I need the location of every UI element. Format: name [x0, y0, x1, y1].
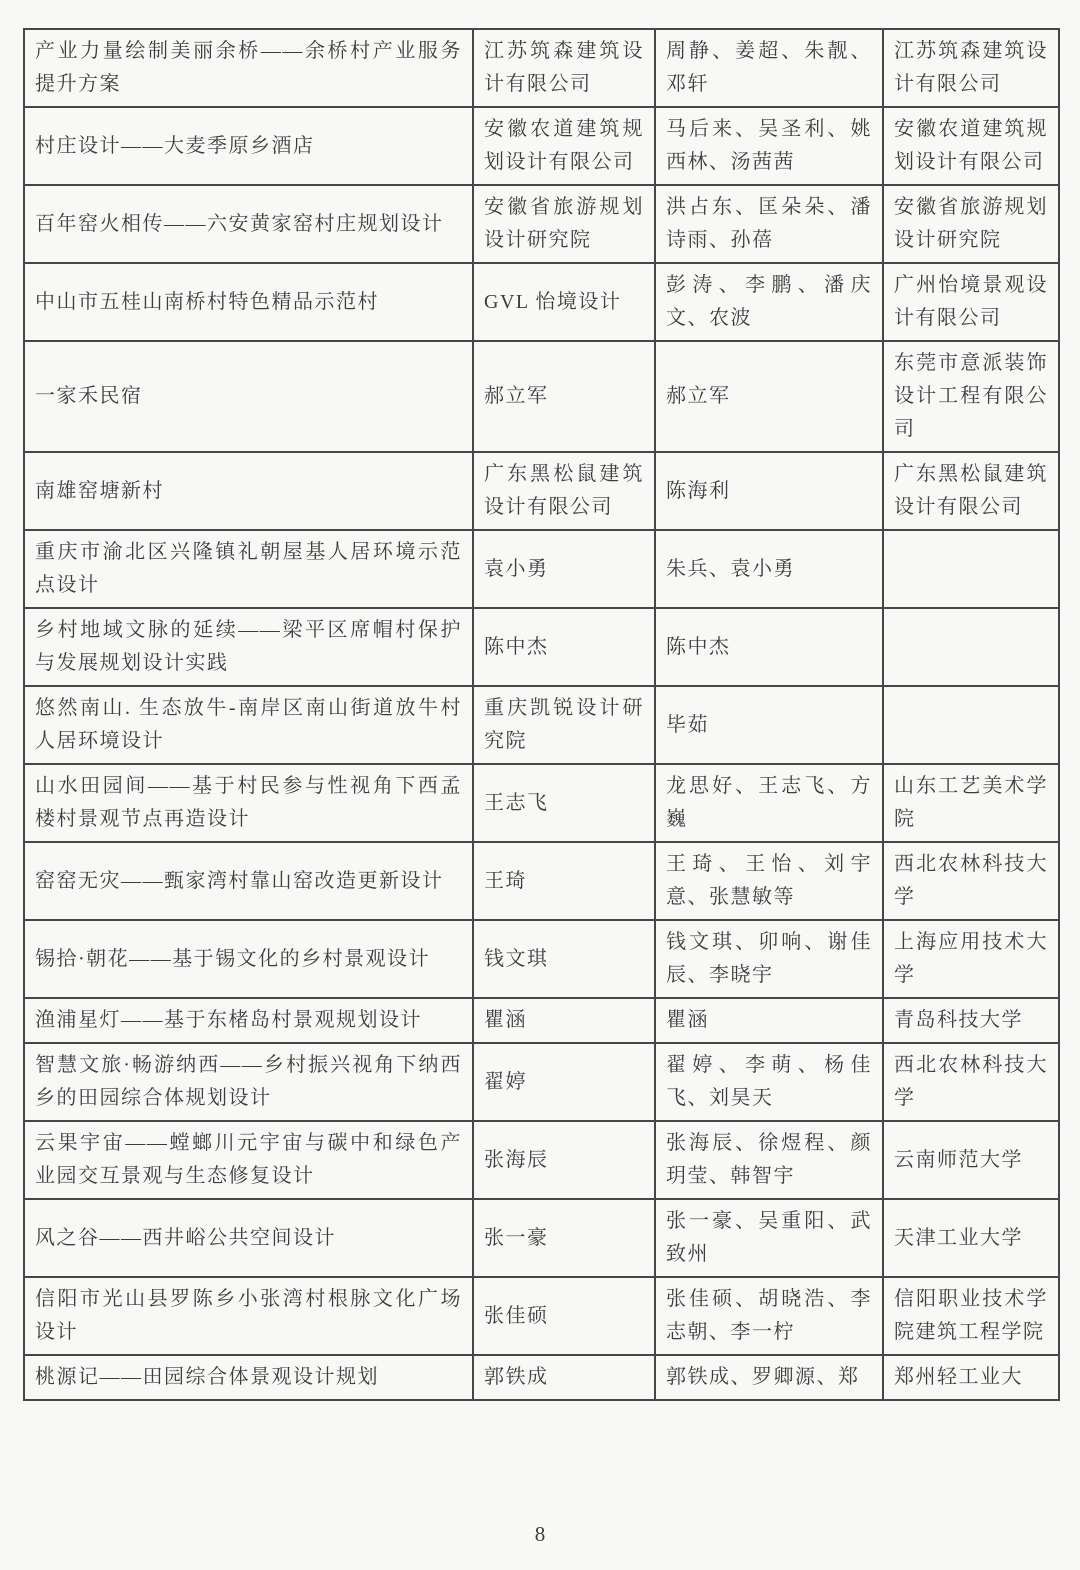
- cell-designer-company: 翟婷: [473, 1043, 655, 1121]
- cell-designer-company: 瞿涵: [473, 998, 655, 1043]
- cell-team-members: 陈中杰: [655, 608, 883, 686]
- cell-institution: 广州怡境景观设计有限公司: [883, 263, 1059, 341]
- cell-designer-company: 郝立军: [473, 341, 655, 452]
- cell-institution: [883, 686, 1059, 764]
- cell-project-title: 窑窑无灾——甄家湾村靠山窑改造更新设计: [24, 842, 473, 920]
- cell-team-members: 张一豪、吴重阳、武致州: [655, 1199, 883, 1277]
- cell-project-title: 锡拾·朝花——基于锡文化的乡村景观设计: [24, 920, 473, 998]
- cell-team-members: 龙思好、王志飞、方巍: [655, 764, 883, 842]
- page-number: 8: [0, 1522, 1080, 1547]
- cell-project-title: 智慧文旅·畅游纳西——乡村振兴视角下纳西乡的田园综合体规划设计: [24, 1043, 473, 1121]
- table-row: 智慧文旅·畅游纳西——乡村振兴视角下纳西乡的田园综合体规划设计 翟婷 翟婷、李萌…: [24, 1043, 1059, 1121]
- cell-designer-company: 王志飞: [473, 764, 655, 842]
- cell-designer-company: 广东黑松鼠建筑设计有限公司: [473, 452, 655, 530]
- cell-institution: [883, 530, 1059, 608]
- cell-designer-company: 郭铁成: [473, 1355, 655, 1400]
- cell-designer-company: 钱文琪: [473, 920, 655, 998]
- cell-project-title: 悠然南山. 生态放牛-南岸区南山街道放牛村人居环境设计: [24, 686, 473, 764]
- cell-institution: 西北农林科技大学: [883, 842, 1059, 920]
- cell-team-members: 张佳硕、胡晓浩、李志朝、李一柠: [655, 1277, 883, 1355]
- table-row: 百年窑火相传——六安黄家窑村庄规划设计 安徽省旅游规划设计研究院 洪占东、匡朵朵…: [24, 185, 1059, 263]
- cell-team-members: 朱兵、袁小勇: [655, 530, 883, 608]
- cell-institution: 天津工业大学: [883, 1199, 1059, 1277]
- cell-designer-company: 陈中杰: [473, 608, 655, 686]
- cell-project-title: 渔浦星灯——基于东楮岛村景观规划设计: [24, 998, 473, 1043]
- cell-team-members: 王琦、王怡、刘宇意、张慧敏等: [655, 842, 883, 920]
- cell-team-members: 张海辰、徐煜程、颜玥莹、韩智宇: [655, 1121, 883, 1199]
- cell-project-title: 一家禾民宿: [24, 341, 473, 452]
- cell-project-title: 风之谷——西井峪公共空间设计: [24, 1199, 473, 1277]
- cell-designer-company: 重庆凯锐设计研究院: [473, 686, 655, 764]
- cell-team-members: 陈海利: [655, 452, 883, 530]
- cell-project-title: 百年窑火相传——六安黄家窑村庄规划设计: [24, 185, 473, 263]
- cell-project-title: 村庄设计——大麦季原乡酒店: [24, 107, 473, 185]
- cell-team-members: 瞿涵: [655, 998, 883, 1043]
- cell-designer-company: 王琦: [473, 842, 655, 920]
- table-row: 乡村地域文脉的延续——梁平区席帽村保护与发展规划设计实践 陈中杰 陈中杰: [24, 608, 1059, 686]
- cell-project-title: 桃源记——田园综合体景观设计规划: [24, 1355, 473, 1400]
- table-row: 信阳市光山县罗陈乡小张湾村根脉文化广场设计 张佳硕 张佳硕、胡晓浩、李志朝、李一…: [24, 1277, 1059, 1355]
- table-row: 中山市五桂山南桥村特色精品示范村 GVL 怡境设计 彭涛、李鹏、潘庆文、农波 广…: [24, 263, 1059, 341]
- cell-designer-company: 袁小勇: [473, 530, 655, 608]
- table-row: 村庄设计——大麦季原乡酒店 安徽农道建筑规划设计有限公司 马后来、吴圣利、姚西林…: [24, 107, 1059, 185]
- cell-institution: 郑州轻工业大: [883, 1355, 1059, 1400]
- cell-team-members: 钱文琪、卯响、谢佳辰、李晓宇: [655, 920, 883, 998]
- table-row: 窑窑无灾——甄家湾村靠山窑改造更新设计 王琦 王琦、王怡、刘宇意、张慧敏等 西北…: [24, 842, 1059, 920]
- cell-institution: 安徽省旅游规划设计研究院: [883, 185, 1059, 263]
- cell-designer-company: GVL 怡境设计: [473, 263, 655, 341]
- table-row: 桃源记——田园综合体景观设计规划 郭铁成 郭铁成、罗卿源、郑 郑州轻工业大: [24, 1355, 1059, 1400]
- cell-institution: 安徽农道建筑规划设计有限公司: [883, 107, 1059, 185]
- award-table: 产业力量绘制美丽余桥——余桥村产业服务提升方案 江苏筑森建筑设计有限公司 周静、…: [23, 28, 1060, 1401]
- cell-institution: [883, 608, 1059, 686]
- cell-institution: 山东工艺美术学院: [883, 764, 1059, 842]
- cell-institution: 青岛科技大学: [883, 998, 1059, 1043]
- cell-project-title: 中山市五桂山南桥村特色精品示范村: [24, 263, 473, 341]
- cell-team-members: 郝立军: [655, 341, 883, 452]
- cell-designer-company: 安徽农道建筑规划设计有限公司: [473, 107, 655, 185]
- table-row: 锡拾·朝花——基于锡文化的乡村景观设计 钱文琪 钱文琪、卯响、谢佳辰、李晓宇 上…: [24, 920, 1059, 998]
- cell-project-title: 重庆市渝北区兴隆镇礼朝屋基人居环境示范点设计: [24, 530, 473, 608]
- cell-team-members: 彭涛、李鹏、潘庆文、农波: [655, 263, 883, 341]
- cell-project-title: 信阳市光山县罗陈乡小张湾村根脉文化广场设计: [24, 1277, 473, 1355]
- table-row: 风之谷——西井峪公共空间设计 张一豪 张一豪、吴重阳、武致州 天津工业大学: [24, 1199, 1059, 1277]
- cell-designer-company: 安徽省旅游规划设计研究院: [473, 185, 655, 263]
- cell-team-members: 郭铁成、罗卿源、郑: [655, 1355, 883, 1400]
- cell-designer-company: 江苏筑森建筑设计有限公司: [473, 29, 655, 107]
- cell-institution: 西北农林科技大学: [883, 1043, 1059, 1121]
- table-row: 渔浦星灯——基于东楮岛村景观规划设计 瞿涵 瞿涵 青岛科技大学: [24, 998, 1059, 1043]
- cell-project-title: 山水田园间——基于村民参与性视角下西孟楼村景观节点再造设计: [24, 764, 473, 842]
- table-row: 重庆市渝北区兴隆镇礼朝屋基人居环境示范点设计 袁小勇 朱兵、袁小勇: [24, 530, 1059, 608]
- cell-institution: 上海应用技术大学: [883, 920, 1059, 998]
- cell-project-title: 云果宇宙——螳螂川元宇宙与碳中和绿色产业园交互景观与生态修复设计: [24, 1121, 473, 1199]
- table-row: 悠然南山. 生态放牛-南岸区南山街道放牛村人居环境设计 重庆凯锐设计研究院 毕茹: [24, 686, 1059, 764]
- table-row: 产业力量绘制美丽余桥——余桥村产业服务提升方案 江苏筑森建筑设计有限公司 周静、…: [24, 29, 1059, 107]
- table-row: 一家禾民宿 郝立军 郝立军 东莞市意派装饰设计工程有限公司: [24, 341, 1059, 452]
- table-row: 南雄窑塘新村 广东黑松鼠建筑设计有限公司 陈海利 广东黑松鼠建筑设计有限公司: [24, 452, 1059, 530]
- cell-institution: 信阳职业技术学院建筑工程学院: [883, 1277, 1059, 1355]
- table-row: 云果宇宙——螳螂川元宇宙与碳中和绿色产业园交互景观与生态修复设计 张海辰 张海辰…: [24, 1121, 1059, 1199]
- cell-team-members: 周静、姜超、朱靓、邓轩: [655, 29, 883, 107]
- cell-designer-company: 张海辰: [473, 1121, 655, 1199]
- cell-institution: 广东黑松鼠建筑设计有限公司: [883, 452, 1059, 530]
- cell-designer-company: 张一豪: [473, 1199, 655, 1277]
- cell-team-members: 马后来、吴圣利、姚西林、汤茜茜: [655, 107, 883, 185]
- award-table-body: 产业力量绘制美丽余桥——余桥村产业服务提升方案 江苏筑森建筑设计有限公司 周静、…: [24, 29, 1059, 1400]
- document-page: 产业力量绘制美丽余桥——余桥村产业服务提升方案 江苏筑森建筑设计有限公司 周静、…: [0, 0, 1080, 1570]
- table-row: 山水田园间——基于村民参与性视角下西孟楼村景观节点再造设计 王志飞 龙思好、王志…: [24, 764, 1059, 842]
- cell-team-members: 翟婷、李萌、杨佳飞、刘昊天: [655, 1043, 883, 1121]
- cell-project-title: 产业力量绘制美丽余桥——余桥村产业服务提升方案: [24, 29, 473, 107]
- cell-project-title: 南雄窑塘新村: [24, 452, 473, 530]
- cell-institution: 云南师范大学: [883, 1121, 1059, 1199]
- cell-team-members: 毕茹: [655, 686, 883, 764]
- cell-institution: 江苏筑森建筑设计有限公司: [883, 29, 1059, 107]
- cell-project-title: 乡村地域文脉的延续——梁平区席帽村保护与发展规划设计实践: [24, 608, 473, 686]
- cell-team-members: 洪占东、匡朵朵、潘诗雨、孙蓓: [655, 185, 883, 263]
- cell-designer-company: 张佳硕: [473, 1277, 655, 1355]
- cell-institution: 东莞市意派装饰设计工程有限公司: [883, 341, 1059, 452]
